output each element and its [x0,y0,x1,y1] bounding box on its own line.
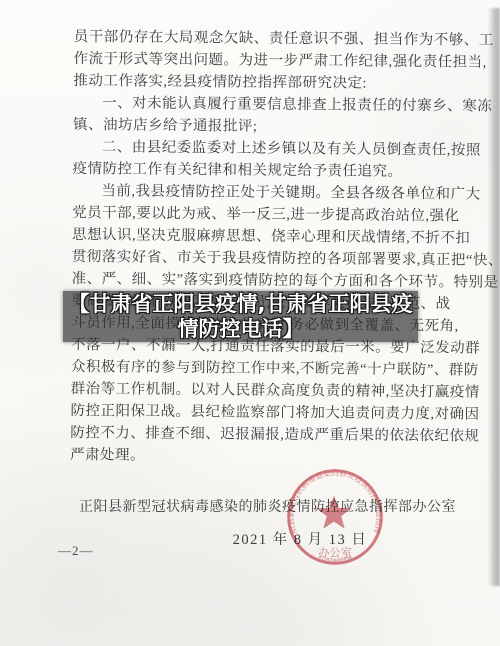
star-icon [317,496,352,529]
scanned-document-page: 员干部仍存在大局观念欠缺、责任意识不强、担当作为不够、工作流于形式等突出问题。为… [0,0,500,646]
issuing-office: 正阳县新型冠状病毒感染的肺炎疫情防控应急指挥部办公室 [79,496,456,516]
caption-overlay: 【甘肃省正阳县疫情,甘肃省正阳县疫 情防控电话】 [63,291,418,342]
document-line: 严肃处理。 [70,444,474,470]
page-number: —2— [58,543,94,559]
caption-line-1: 【甘肃省正阳县疫情,甘肃省正阳县疫 [69,292,413,317]
document-lines: 员干部仍存在大局观念欠缺、责任意识不强、担当作为不够、工作流于形式等突出问题。为… [70,26,478,470]
official-seal: 正阳县新型冠状病毒感染的肺炎疫情防控应急指挥部 办公室 412820000458 [274,456,396,578]
caption-line-2: 情防控电话】 [178,317,304,342]
